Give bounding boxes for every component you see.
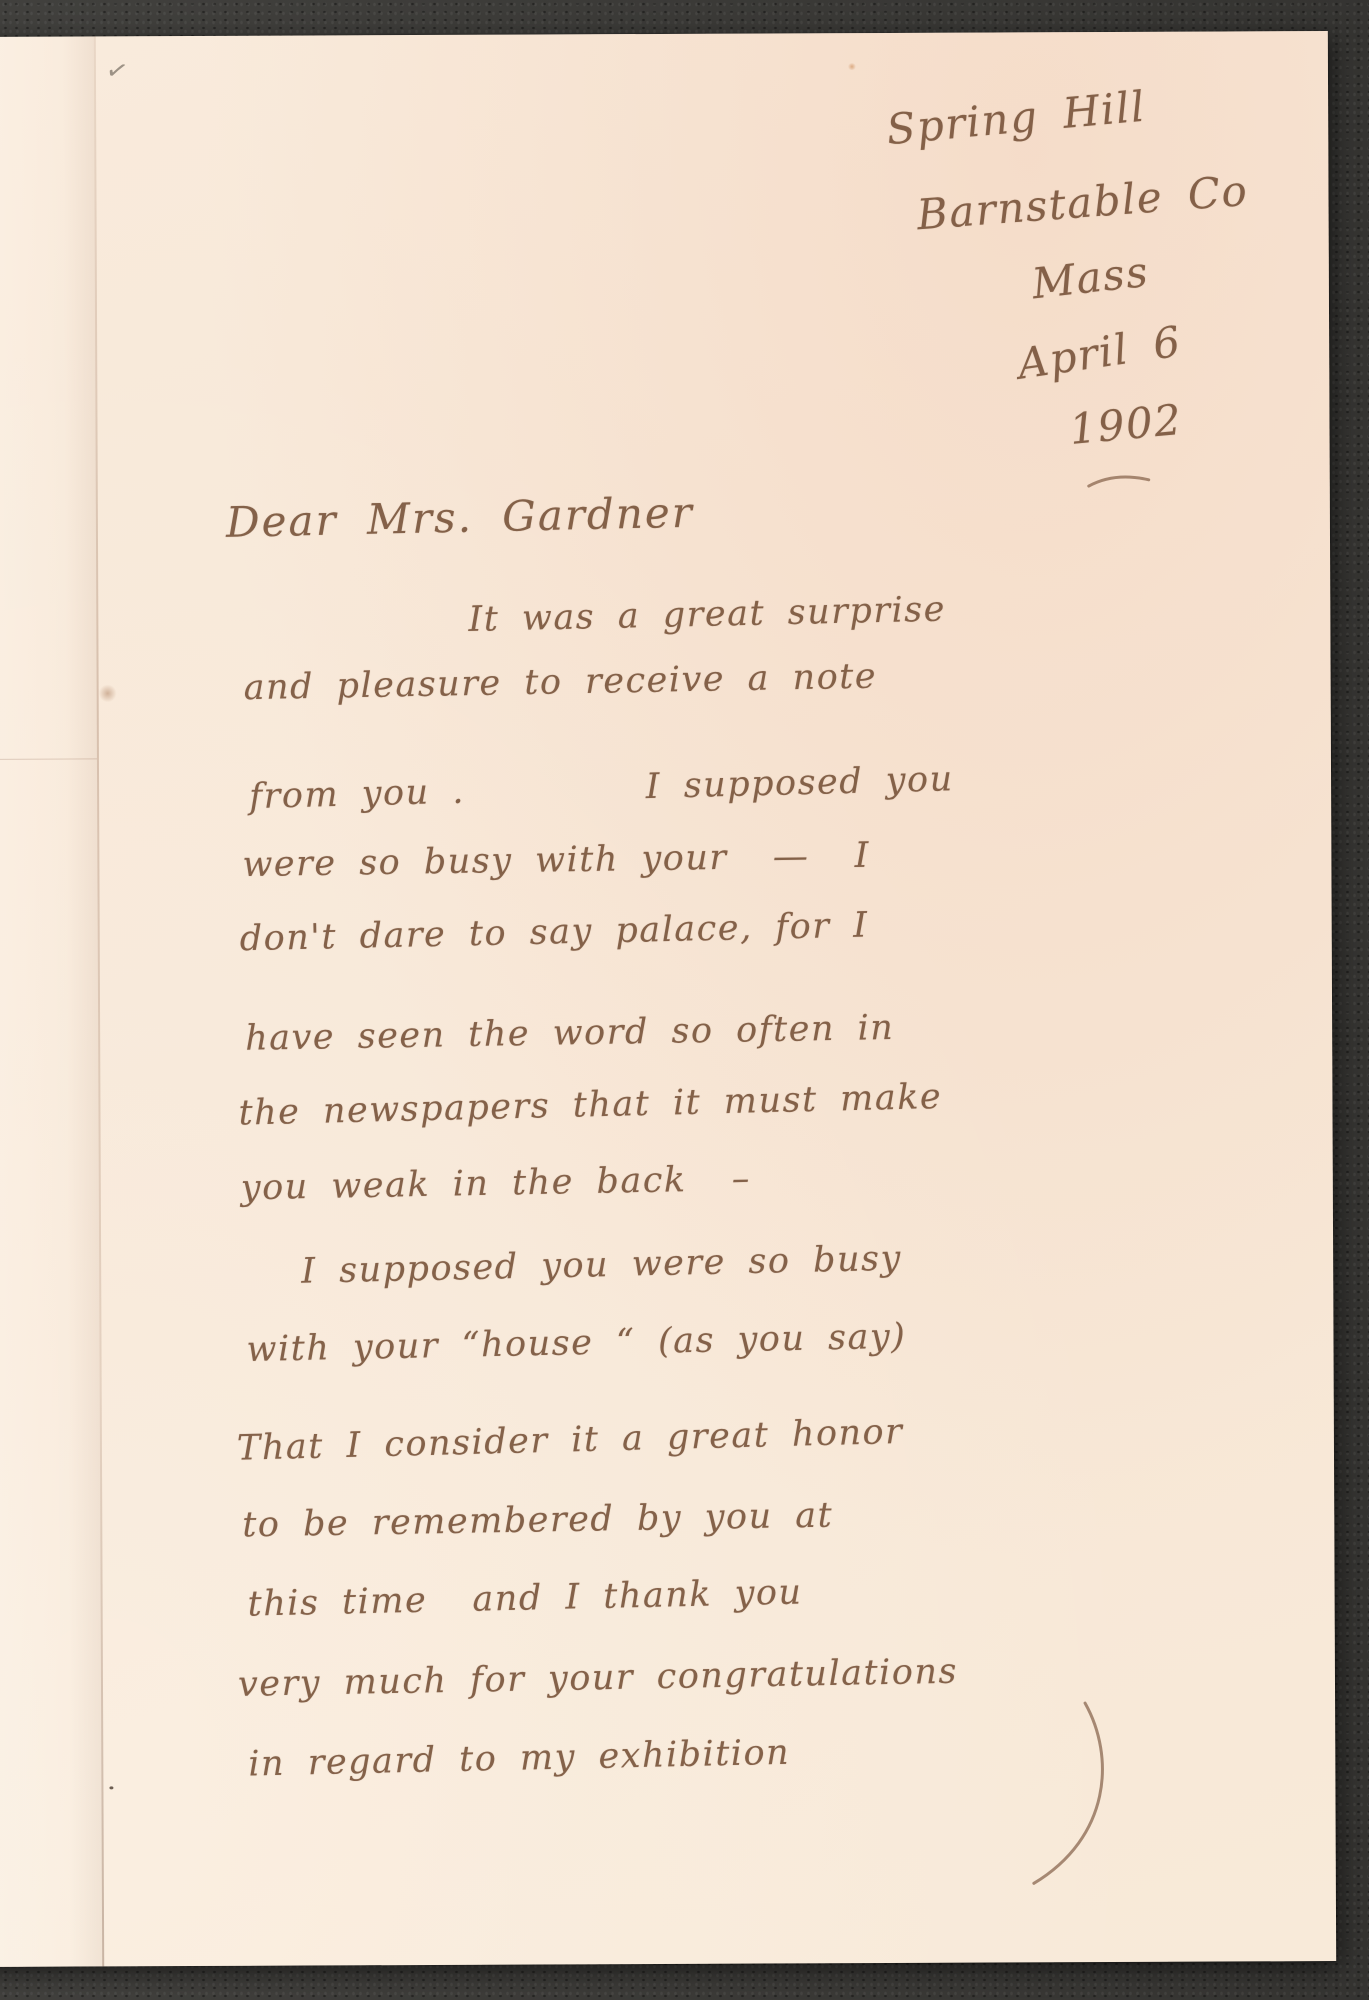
body-line: from you . I supposed you [249,759,954,817]
body-line: I supposed you were so busy [301,1239,902,1292]
body-line: with your “house “ (as you say) [246,1317,907,1370]
body-line: have seen the word so often in [245,1008,895,1059]
heading-county-line: Barnstable Co [915,166,1250,239]
body-line: were so busy with your — I [242,836,870,885]
body-line: and pleasure to receive a note [243,657,877,709]
pencil-checkmark: ✓ [103,54,131,88]
body-line: That I consider it a great honor [237,1412,904,1469]
underline-flourish [1085,470,1155,494]
paper-stain [848,63,856,70]
folded-leaf-edge [0,36,102,1967]
body-line: to be remembered by you at [242,1496,833,1546]
body-line: It was a great surprise [468,590,946,640]
body-line: don't dare to say palace, for I [239,906,868,960]
salutation: Dear Mrs. Gardner [225,488,694,547]
heading-date-line: April 6 [1015,316,1185,388]
body-line: the newspapers that it must make [238,1077,942,1134]
photo-backdrop-fabric: ✓ Spring Hill Barnstable Co Mass April 6… [0,0,1369,2000]
letter-page: ✓ Spring Hill Barnstable Co Mass April 6… [0,31,1336,1967]
body-line: very much for your congratulations [238,1652,959,1705]
body-line: in regard to my exhibition [248,1733,791,1785]
heading-year-line: 1902 [1067,395,1184,454]
body-line: this time and I thank you [247,1573,803,1625]
end-flourish [1015,1697,1126,1897]
heading-state-line: Mass [1030,247,1152,308]
body-line: you weak in the back – [240,1159,751,1208]
ink-smudge [99,684,117,702]
heading-place-line: Spring Hill [884,82,1147,155]
paper-fleck [109,1786,113,1789]
